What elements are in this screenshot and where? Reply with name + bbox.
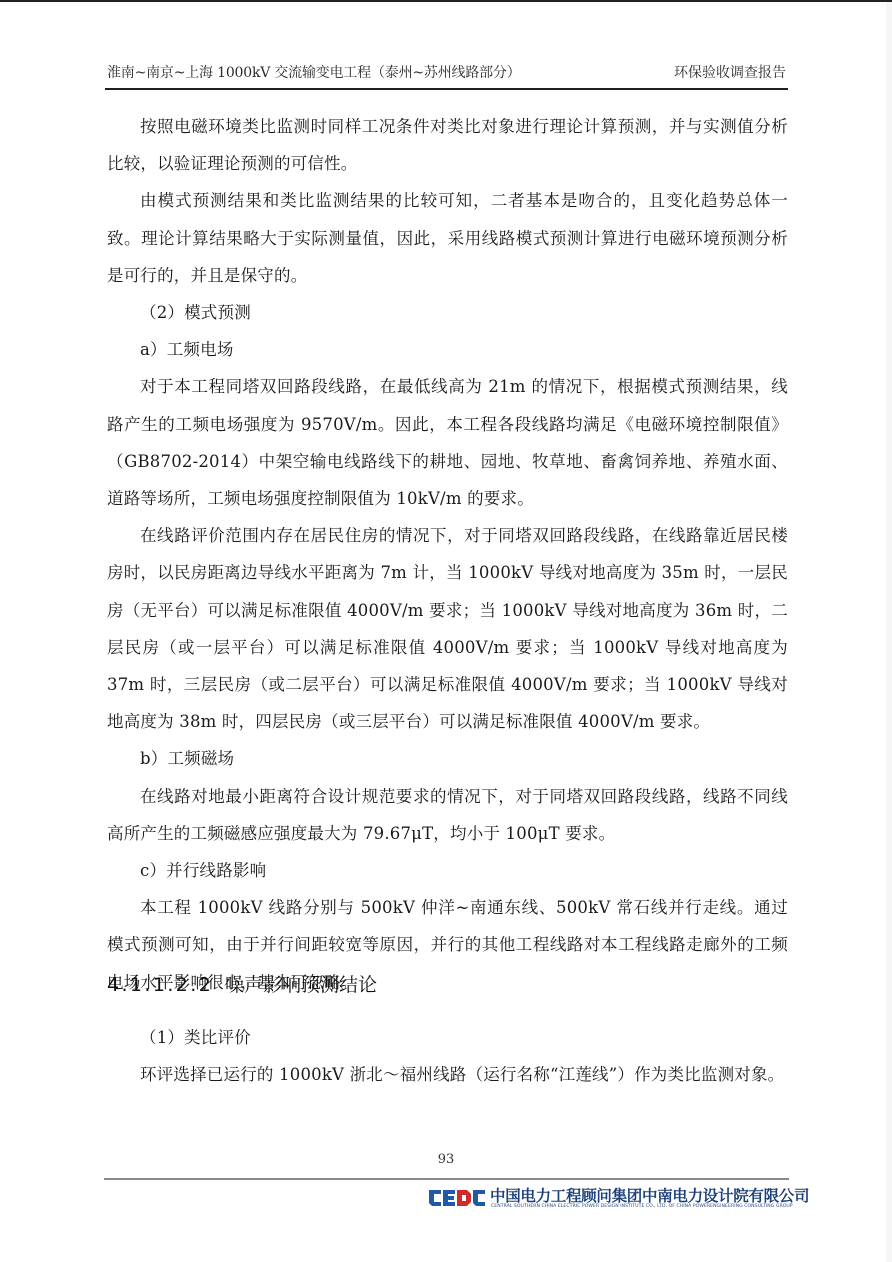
paragraph: 按照电磁环境类比监测时同样工况条件对类比对象进行理论计算预测，并与实测值分析比较… bbox=[107, 108, 788, 182]
company-name-cn: 中国电力工程顾问集团中南电力设计院有限公司 bbox=[490, 1184, 809, 1206]
paragraph: 在线路对地最小距离符合设计规范要求的情况下，对于同塔双回路段线路，线路不同线高所… bbox=[107, 778, 788, 852]
subheading-power-frequency-magnetic-field: b）工频磁场 bbox=[107, 740, 788, 777]
paragraph: 由模式预测结果和类比监测结果的比较可知，二者基本是吻合的，且变化趋势总体一致。理… bbox=[107, 182, 788, 294]
subheading-power-frequency-electric-field: a）工频电场 bbox=[107, 331, 788, 368]
footer-divider bbox=[104, 1178, 789, 1180]
paragraph: 对于本工程同塔双回路段线路，在最低线高为 21m 的情况下，根据模式预测结果，线… bbox=[107, 368, 788, 517]
subheading-model-prediction: （2）模式预测 bbox=[107, 294, 788, 331]
header-report-title: 环保验收调查报告 bbox=[674, 62, 786, 84]
page-top-edge bbox=[0, 0, 892, 2]
section-number: 4.1.1.2.2 bbox=[107, 968, 225, 1002]
section-title: 噪声影响预测结论 bbox=[225, 974, 377, 996]
document-body: 按照电磁环境类比监测时同样工况条件对类比对象进行理论计算预测，并与实测值分析比较… bbox=[107, 108, 788, 1001]
page-right-shade bbox=[886, 2, 892, 1262]
page-header: 淮南~南京~上海 1000kV 交流输变电工程（泰州~苏州线路部分） 环保验收调… bbox=[105, 62, 788, 90]
company-logo: 中国电力工程顾问集团中南电力设计院有限公司 CENTRAL SOUTHERN C… bbox=[428, 1185, 788, 1213]
cedc-logo-icon bbox=[428, 1187, 486, 1209]
paragraph: 环评选择已运行的 1000kV 浙北～福州线路（运行名称“江莲线”）作为类比监测… bbox=[107, 1056, 788, 1093]
page-number: 93 bbox=[0, 1152, 892, 1167]
section-heading: 4.1.1.2.2噪声影响预测结论 bbox=[107, 968, 788, 1002]
subheading-parallel-line-impact: c）并行线路影响 bbox=[107, 852, 788, 889]
company-name-en: CENTRAL SOUTHERN CHINA ELECTRIC POWER DE… bbox=[491, 1204, 793, 1209]
paragraph: 在线路评价范围内存在居民住房的情况下，对于同塔双回路段线路，在线路靠近居民楼房时… bbox=[107, 517, 788, 740]
document-body-continued: （1）类比评价 环评选择已运行的 1000kV 浙北～福州线路（运行名称“江莲线… bbox=[107, 1019, 788, 1093]
header-project-title: 淮南~南京~上海 1000kV 交流输变电工程（泰州~苏州线路部分） bbox=[107, 62, 521, 84]
subheading-analogy-evaluation: （1）类比评价 bbox=[107, 1019, 788, 1056]
